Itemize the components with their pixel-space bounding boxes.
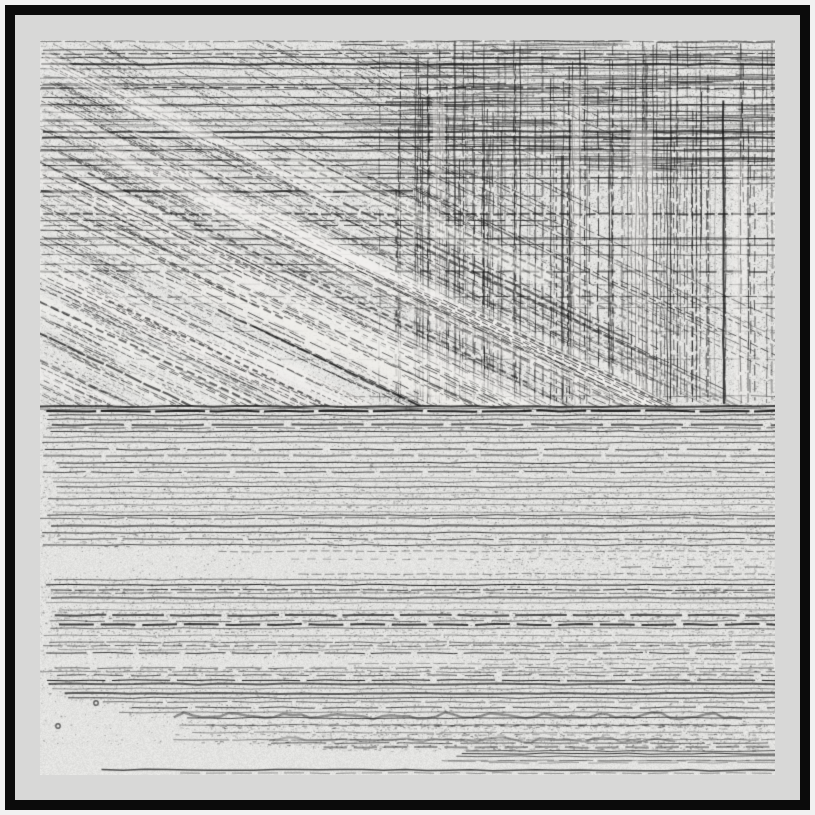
picture-frame: [5, 5, 810, 810]
matte-border: [15, 15, 800, 800]
abstract-texture-image: [40, 40, 775, 775]
framed-abstract-print: [0, 0, 815, 815]
